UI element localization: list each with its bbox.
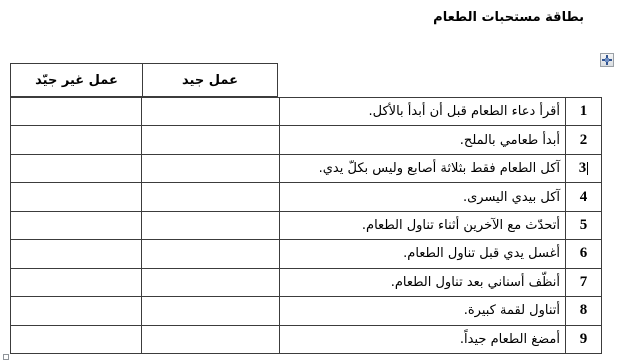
statement-text: آكل الطعام فقط بثلاثة أصابع وليس بكلّ يد… <box>319 161 560 176</box>
cell-not-good-5[interactable] <box>11 212 141 239</box>
statement-cell-7[interactable]: أنظّف أسناني بعد تناول الطعام. <box>279 269 565 296</box>
table-row: أنظّف أسناني بعد تناول الطعام. 7 <box>11 268 601 296</box>
number-cell-7[interactable]: 7 <box>565 269 601 296</box>
statement-text: أتحدّث مع الآخرين أثناء تناول الطعام. <box>362 218 560 233</box>
cell-good-1[interactable] <box>141 98 279 125</box>
table-row: آكل الطعام فقط بثلاثة أصابع وليس بكلّ يد… <box>11 154 601 182</box>
table-row: أقرأ دعاء الطعام قبل أن أبدأ بالأكل. 1 <box>11 98 601 125</box>
statement-text: أمضغ الطعام جيداً. <box>460 332 560 347</box>
row-number: 3 <box>579 160 587 177</box>
document-canvas[interactable]: بطاقة مستحبات الطعام عمل غير جيّد عمل جي… <box>0 0 641 361</box>
statement-text: آكل بيدي اليسرى. <box>463 190 560 205</box>
table-resize-handle[interactable] <box>3 354 9 360</box>
cell-good-8[interactable] <box>141 297 279 324</box>
cell-not-good-9[interactable] <box>11 326 141 353</box>
table-row: أتحدّث مع الآخرين أثناء تناول الطعام. 5 <box>11 211 601 239</box>
cell-good-5[interactable] <box>141 212 279 239</box>
cell-good-3[interactable] <box>141 155 279 182</box>
row-number: 4 <box>580 189 588 206</box>
number-cell-8[interactable]: 8 <box>565 297 601 324</box>
cell-not-good-6[interactable] <box>11 240 141 267</box>
statement-text: أقرأ دعاء الطعام قبل أن أبدأ بالأكل. <box>368 104 560 119</box>
cell-good-2[interactable] <box>141 126 279 153</box>
statement-cell-1[interactable]: أقرأ دعاء الطعام قبل أن أبدأ بالأكل. <box>279 98 565 125</box>
row-number: 6 <box>580 245 588 262</box>
table-row: أغسل يدي قبل تناول الطعام. 6 <box>11 239 601 267</box>
statement-text: أغسل يدي قبل تناول الطعام. <box>403 246 560 261</box>
number-cell-5[interactable]: 5 <box>565 212 601 239</box>
cell-good-4[interactable] <box>141 183 279 210</box>
row-number: 2 <box>580 132 588 149</box>
table-row: آكل بيدي اليسرى. 4 <box>11 182 601 210</box>
cell-not-good-8[interactable] <box>11 297 141 324</box>
row-number: 1 <box>580 103 588 120</box>
cell-not-good-3[interactable] <box>11 155 141 182</box>
number-cell-9[interactable]: 9 <box>565 326 601 353</box>
statement-cell-6[interactable]: أغسل يدي قبل تناول الطعام. <box>279 240 565 267</box>
statement-cell-3[interactable]: آكل الطعام فقط بثلاثة أصابع وليس بكلّ يد… <box>279 155 565 182</box>
rating-header-table: عمل غير جيّد عمل جيد <box>10 63 278 97</box>
statement-cell-8[interactable]: أتناول لقمة كبيرة. <box>279 297 565 324</box>
cell-good-6[interactable] <box>141 240 279 267</box>
text-cursor <box>587 162 588 175</box>
cell-not-good-2[interactable] <box>11 126 141 153</box>
statement-cell-9[interactable]: أمضغ الطعام جيداً. <box>279 326 565 353</box>
statement-text: أتناول لقمة كبيرة. <box>464 303 560 318</box>
cell-not-good-7[interactable] <box>11 269 141 296</box>
document-title[interactable]: بطاقة مستحبات الطعام <box>433 10 584 25</box>
table-move-handle[interactable] <box>600 53 614 67</box>
row-number: 9 <box>580 331 588 348</box>
statement-text: أبدأ طعامي بالملح. <box>460 133 560 148</box>
table-row: أتناول لقمة كبيرة. 8 <box>11 296 601 324</box>
statement-cell-2[interactable]: أبدأ طعامي بالملح. <box>279 126 565 153</box>
number-cell-3[interactable]: 3 <box>565 155 601 182</box>
row-number: 7 <box>580 274 588 291</box>
number-cell-2[interactable]: 2 <box>565 126 601 153</box>
statement-text: أنظّف أسناني بعد تناول الطعام. <box>391 275 560 290</box>
row-number: 5 <box>580 217 588 234</box>
statement-cell-5[interactable]: أتحدّث مع الآخرين أثناء تناول الطعام. <box>279 212 565 239</box>
table-row: أبدأ طعامي بالملح. 2 <box>11 125 601 153</box>
header-cell-not-good[interactable]: عمل غير جيّد <box>11 64 142 96</box>
cell-not-good-4[interactable] <box>11 183 141 210</box>
cell-good-7[interactable] <box>141 269 279 296</box>
number-cell-4[interactable]: 4 <box>565 183 601 210</box>
number-cell-6[interactable]: 6 <box>565 240 601 267</box>
statements-table: أقرأ دعاء الطعام قبل أن أبدأ بالأكل. 1 أ… <box>10 97 602 354</box>
row-number: 8 <box>580 302 588 319</box>
number-cell-1[interactable]: 1 <box>565 98 601 125</box>
cell-not-good-1[interactable] <box>11 98 141 125</box>
header-cell-good[interactable]: عمل جيد <box>142 64 277 96</box>
statement-cell-4[interactable]: آكل بيدي اليسرى. <box>279 183 565 210</box>
table-row: أمضغ الطعام جيداً. 9 <box>11 325 601 353</box>
four-way-move-icon <box>602 55 612 65</box>
cell-good-9[interactable] <box>141 326 279 353</box>
